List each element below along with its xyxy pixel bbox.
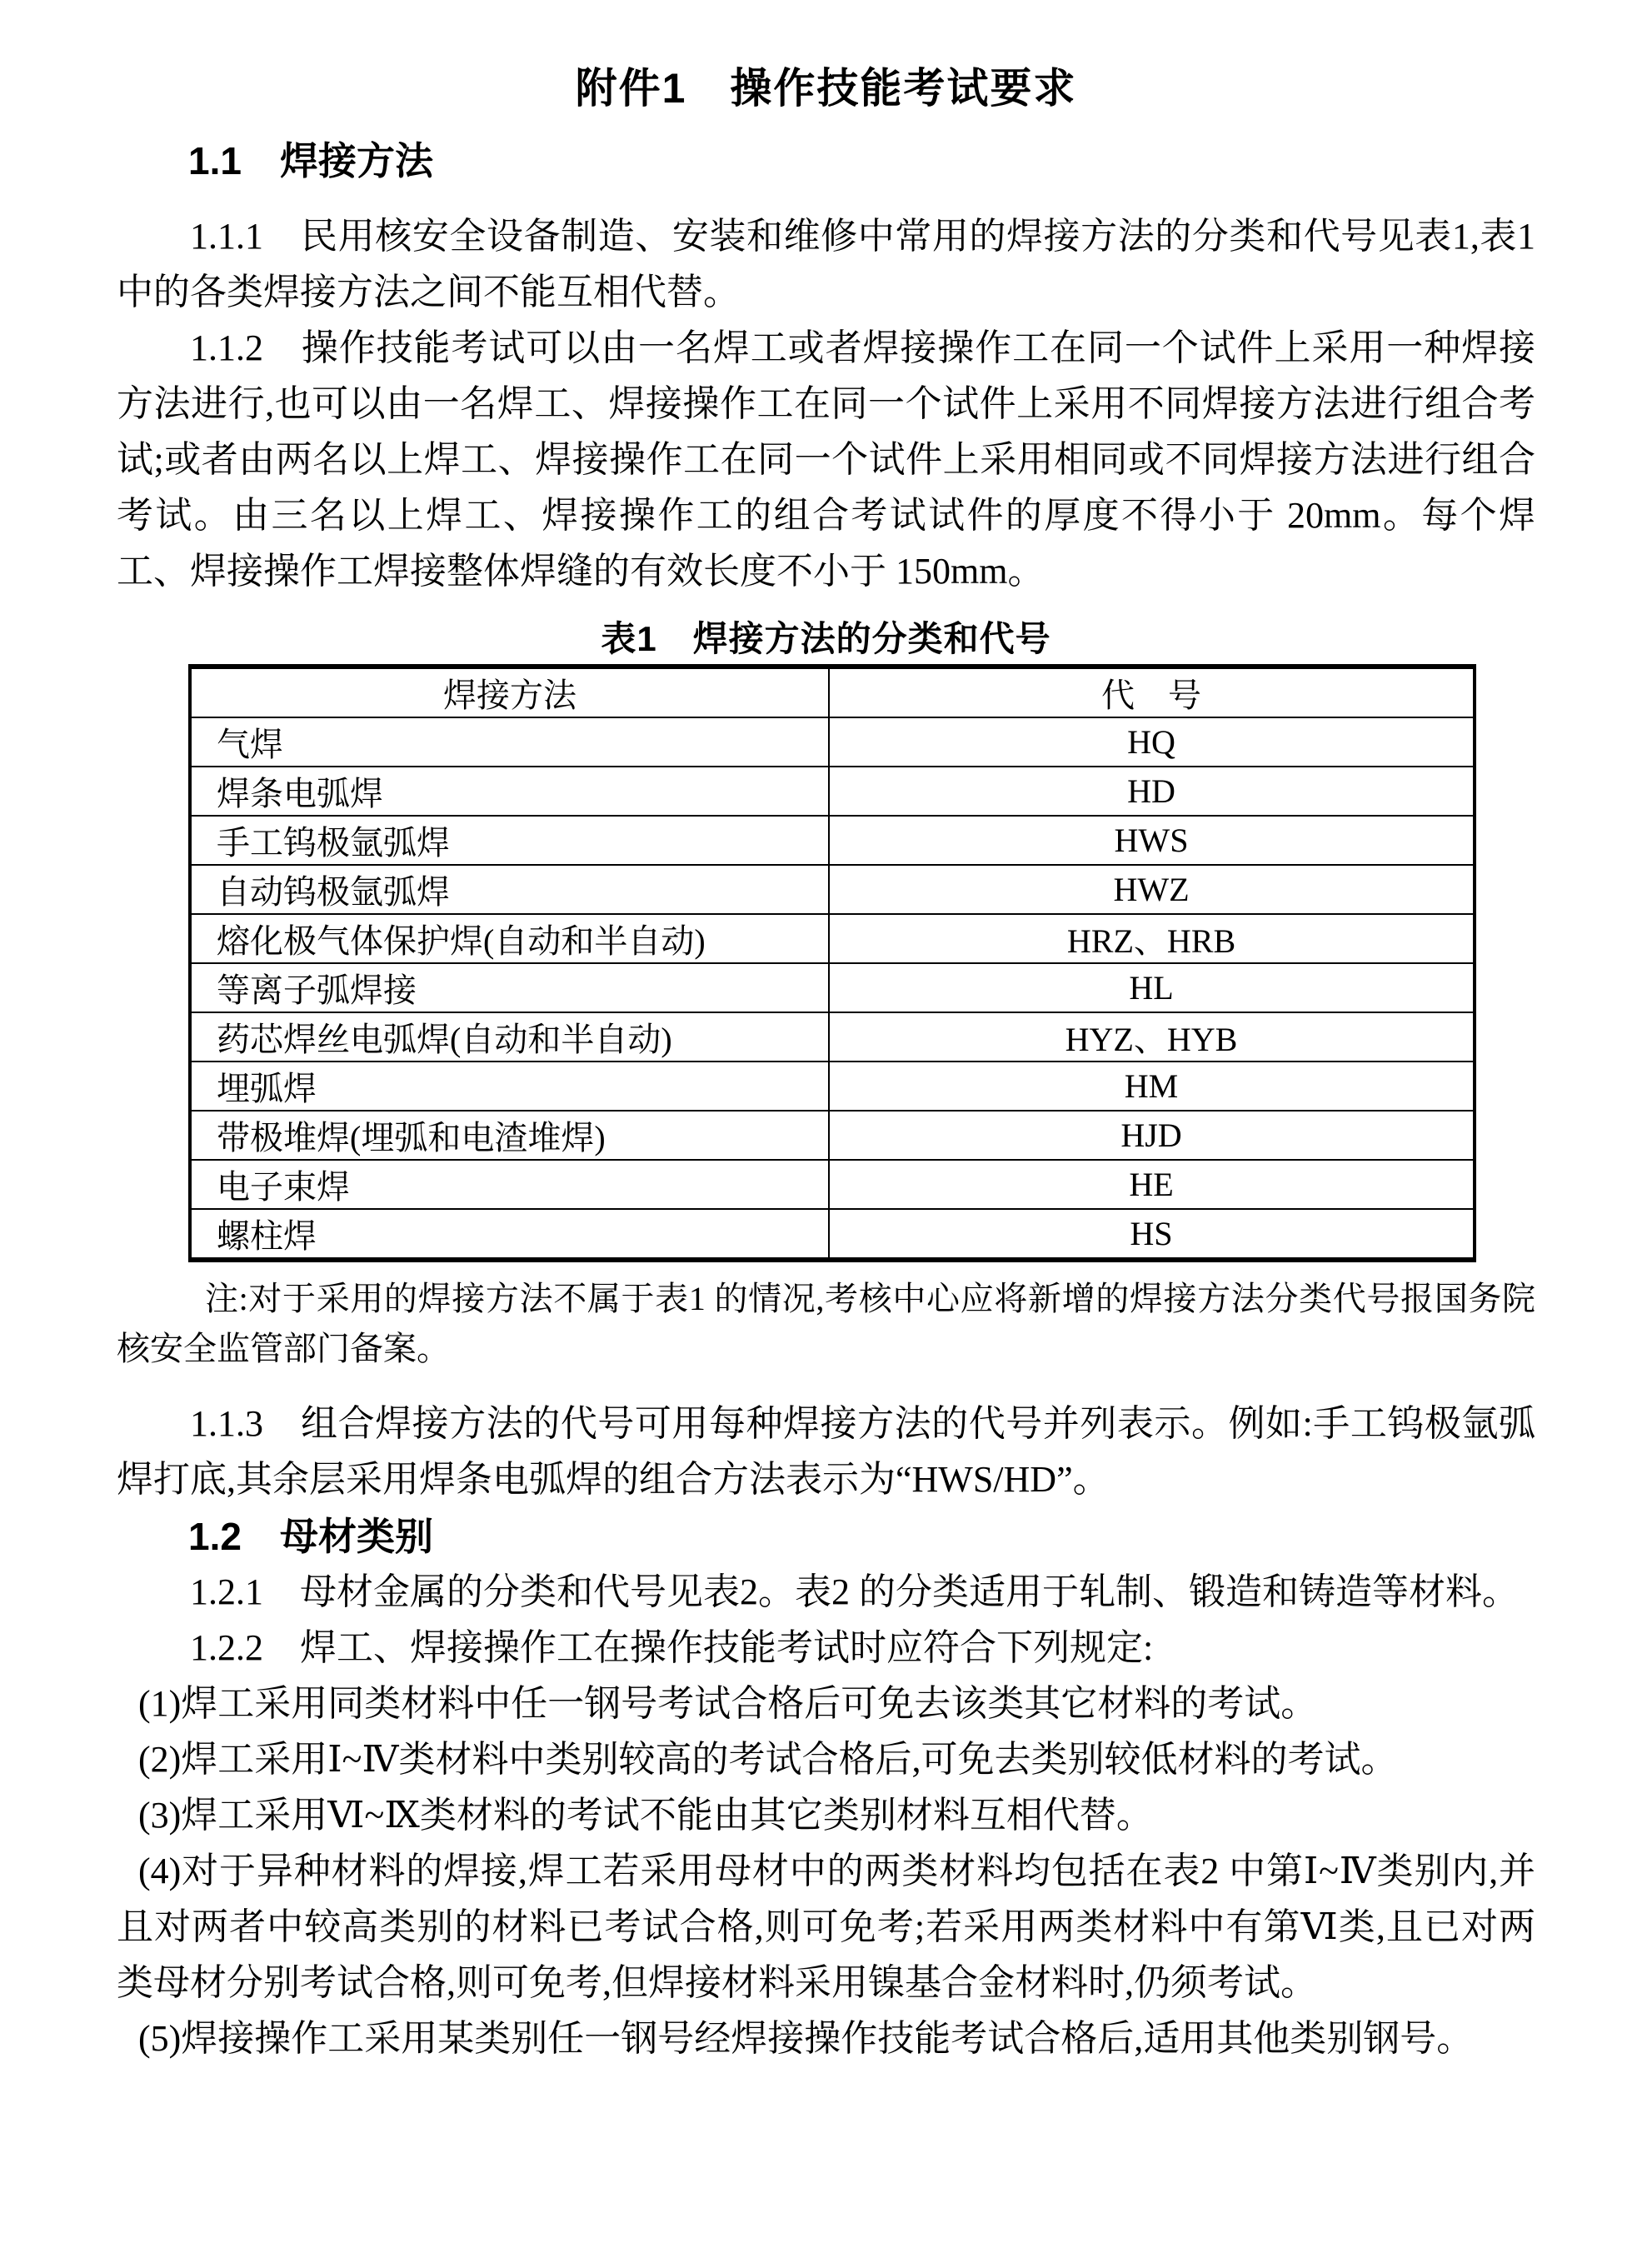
paragraph-1-1-1: 1.1.1 民用核安全设备制造、安装和维修中常用的焊接方法的分类和代号见表1,表…	[117, 208, 1535, 320]
paragraph-1-2-2: 1.2.2 焊工、焊接操作工在操作技能考试时应符合下列规定:	[117, 1620, 1535, 1676]
method-cell: 熔化极气体保护焊(自动和半自动)	[190, 914, 829, 963]
code-cell: HWZ	[829, 865, 1475, 914]
code-cell: HQ	[829, 717, 1475, 767]
list-item-2: (2)焊工采用Ⅰ~Ⅳ类材料中类别较高的考试合格后,可免去类别较低材料的考试。	[117, 1731, 1535, 1787]
method-cell: 带极堆焊(埋弧和电渣堆焊)	[190, 1111, 829, 1160]
table-row: 自动钨极氩弧焊 HWZ	[190, 865, 1475, 914]
code-cell: HM	[829, 1062, 1475, 1111]
code-cell: HS	[829, 1209, 1475, 1260]
list-item-3: (3)焊工采用Ⅵ~Ⅸ类材料的考试不能由其它类别材料互相代替。	[117, 1787, 1535, 1843]
list-item-5: (5)焊接操作工采用某类别任一钢号经焊接操作技能考试合格后,适用其他类别钢号。	[117, 2011, 1535, 2066]
method-cell: 药芯焊丝电弧焊(自动和半自动)	[190, 1012, 829, 1062]
list-item-1: (1)焊工采用同类材料中任一钢号考试合格后可免去该类其它材料的考试。	[117, 1676, 1535, 1731]
paragraph-1-1-2: 1.1.2 操作技能考试可以由一名焊工或者焊接操作工在同一个试件上采用一种焊接方…	[117, 320, 1535, 599]
code-cell: HJD	[829, 1111, 1475, 1160]
welding-methods-table: 焊接方法 代 号 气焊 HQ 焊条电弧焊 HD 手工钨极氩弧焊 HWS 自动钨极…	[188, 664, 1476, 1262]
table-row: 手工钨极氩弧焊 HWS	[190, 816, 1475, 865]
code-cell: HE	[829, 1160, 1475, 1209]
table1-note: 注:对于采用的焊接方法不属于表1 的情况,考核中心应将新增的焊接方法分类代号报国…	[117, 1274, 1535, 1374]
table-row: 埋弧焊 HM	[190, 1062, 1475, 1111]
document-page: 附件1 操作技能考试要求 1.1 焊接方法 1.1.1 民用核安全设备制造、安装…	[0, 0, 1652, 2243]
header-cell-code: 代 号	[829, 667, 1475, 717]
paragraph-1-1-3: 1.1.3 组合焊接方法的代号可用每种焊接方法的代号并列表示。例如:手工钨极氩弧…	[117, 1396, 1535, 1507]
method-cell: 气焊	[190, 717, 829, 767]
method-cell: 手工钨极氩弧焊	[190, 816, 829, 865]
paragraph-1-2-1: 1.2.1 母材金属的分类和代号见表2。表2 的分类适用于轧制、锻造和铸造等材料…	[117, 1564, 1535, 1620]
table-row: 药芯焊丝电弧焊(自动和半自动) HYZ、HYB	[190, 1012, 1475, 1062]
table-row: 熔化极气体保护焊(自动和半自动) HRZ、HRB	[190, 914, 1475, 963]
table-row: 气焊 HQ	[190, 717, 1475, 767]
method-cell: 等离子弧焊接	[190, 963, 829, 1012]
code-cell: HYZ、HYB	[829, 1012, 1475, 1062]
table-row: 螺柱焊 HS	[190, 1209, 1475, 1260]
table-row: 带极堆焊(埋弧和电渣堆焊) HJD	[190, 1111, 1475, 1160]
header-cell-method: 焊接方法	[190, 667, 829, 717]
code-cell: HRZ、HRB	[829, 914, 1475, 963]
method-cell: 电子束焊	[190, 1160, 829, 1209]
code-cell: HWS	[829, 816, 1475, 865]
method-cell: 自动钨极氩弧焊	[190, 865, 829, 914]
method-cell: 埋弧焊	[190, 1062, 829, 1111]
section-heading-1-1: 1.1 焊接方法	[117, 133, 1535, 188]
table-header-row: 焊接方法 代 号	[190, 667, 1475, 717]
list-item-4: (4)对于异种材料的焊接,焊工若采用母材中的两类材料均包括在表2 中第Ⅰ~Ⅳ类别…	[117, 1843, 1535, 2011]
code-cell: HD	[829, 767, 1475, 816]
page-title: 附件1 操作技能考试要求	[117, 62, 1535, 115]
table-row: 焊条电弧焊 HD	[190, 767, 1475, 816]
table-row: 电子束焊 HE	[190, 1160, 1475, 1209]
table-row: 等离子弧焊接 HL	[190, 963, 1475, 1012]
section-heading-1-2: 1.2 母材类别	[117, 1509, 1535, 1564]
method-cell: 螺柱焊	[190, 1209, 829, 1260]
code-cell: HL	[829, 963, 1475, 1012]
table1-caption: 表1 焊接方法的分类和代号	[117, 619, 1535, 659]
method-cell: 焊条电弧焊	[190, 767, 829, 816]
